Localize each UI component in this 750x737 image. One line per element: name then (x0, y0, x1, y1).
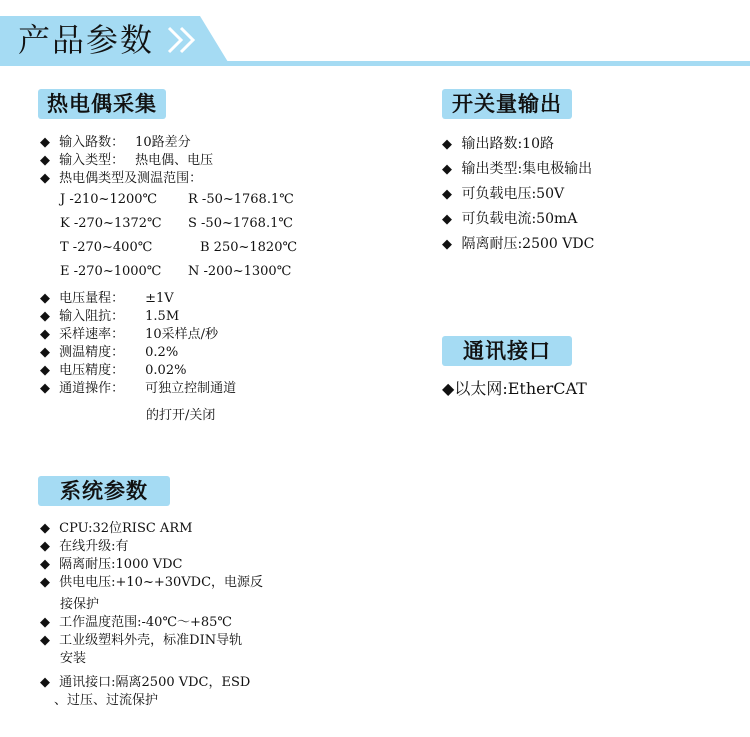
channel-op-continuation: 的打开/关闭 (146, 404, 215, 423)
diamond-bullet-icon: ◆ (40, 134, 55, 152)
list-item: ◆ 输入类型：热电偶、电压 (40, 152, 213, 170)
list-item: ◆ 隔离耐压:2500 VDC (442, 232, 594, 257)
diamond-bullet-icon: ◆ (40, 674, 55, 692)
diamond-bullet-icon: ◆ (40, 632, 55, 650)
diamond-bullet-icon: ◆ (40, 326, 55, 344)
section-header: 产品参数 (0, 16, 750, 66)
list-item: ◆ 可负载电压:50V (442, 182, 594, 207)
diamond-bullet-icon: ◆ (442, 158, 457, 182)
double-chevron-right-icon (166, 25, 200, 55)
diamond-bullet-icon: ◆ (442, 379, 454, 398)
list-item: ◆ 供电电压:+10~+30VDC，电源反 (40, 574, 263, 592)
switch-output-list: ◆ 输出路数:10路 ◆ 输出类型:集电极输出 ◆ 可负载电压:50V ◆ 可负… (442, 132, 594, 257)
diamond-bullet-icon: ◆ (40, 362, 55, 380)
list-item: ◆ 输入阻抗：1.5M (40, 308, 236, 326)
list-item: ◆ 工作温度范围:-40℃～+85℃ (40, 614, 263, 632)
list-item: ◆ 电压量程：±1V (40, 290, 236, 308)
list-item-continuation: 接保护 (40, 596, 263, 614)
thermocouple-section-title: 热电偶采集 (38, 89, 166, 119)
diamond-bullet-icon: ◆ (40, 152, 55, 170)
list-item: ◆ 测温精度：0.2% (40, 344, 236, 362)
list-item: ◆ 热电偶类型及测温范围： (40, 170, 213, 188)
list-item: ◆ 输出类型:集电极输出 (442, 157, 594, 182)
comm-list: ◆以太网:EtherCAT (442, 378, 587, 400)
thermocouple-list-1: ◆ 输入路数：10路差分 ◆ 输入类型：热电偶、电压 ◆ 热电偶类型及测温范围： (40, 134, 213, 188)
list-item-continuation: 、过压、过流保护 (40, 692, 263, 710)
list-item: ◆ 在线升级:有 (40, 538, 263, 556)
system-section-title: 系统参数 (38, 476, 170, 506)
diamond-bullet-icon: ◆ (40, 556, 55, 574)
diamond-bullet-icon: ◆ (40, 574, 55, 592)
list-item: ◆ CPU:32位RISC ARM (40, 520, 263, 538)
list-item: ◆以太网:EtherCAT (442, 378, 587, 400)
list-item: ◆ 通讯接口:隔离2500 VDC，ESD (40, 674, 263, 692)
diamond-bullet-icon: ◆ (442, 183, 457, 207)
list-item: ◆ 可负载电流:50mA (442, 207, 594, 232)
diamond-bullet-icon: ◆ (40, 538, 55, 556)
list-item: ◆ 隔离耐压:1000 VDC (40, 556, 263, 574)
list-item: ◆ 输出路数:10路 (442, 132, 594, 157)
diamond-bullet-icon: ◆ (442, 133, 457, 157)
system-list: ◆ CPU:32位RISC ARM ◆ 在线升级:有 ◆ 隔离耐压:1000 V… (40, 520, 263, 710)
diamond-bullet-icon: ◆ (40, 380, 55, 398)
diamond-bullet-icon: ◆ (40, 344, 55, 362)
list-item-continuation: 安装 (40, 650, 263, 668)
list-item: ◆ 工业级塑料外壳，标准DIN导轨 (40, 632, 263, 650)
diamond-bullet-icon: ◆ (40, 308, 55, 326)
diamond-bullet-icon: ◆ (40, 170, 55, 188)
diamond-bullet-icon: ◆ (40, 520, 55, 538)
thermocouple-list-2: ◆ 电压量程：±1V ◆ 输入阻抗：1.5M ◆ 采样速率：10采样点/秒 ◆ … (40, 290, 236, 398)
list-item: ◆ 电压精度：0.02% (40, 362, 236, 380)
diamond-bullet-icon: ◆ (40, 290, 55, 308)
list-item: ◆ 输入路数：10路差分 (40, 134, 213, 152)
diamond-bullet-icon: ◆ (442, 208, 457, 232)
page-title: 产品参数 (18, 20, 154, 60)
header-underline (0, 61, 750, 66)
list-item: ◆ 采样速率：10采样点/秒 (40, 326, 236, 344)
diamond-bullet-icon: ◆ (40, 614, 55, 632)
comm-section-title: 通讯接口 (442, 336, 572, 366)
list-item: ◆ 通道操作：可独立控制通道 (40, 380, 236, 398)
diamond-bullet-icon: ◆ (442, 233, 457, 257)
switch-output-section-title: 开关量输出 (442, 89, 572, 119)
